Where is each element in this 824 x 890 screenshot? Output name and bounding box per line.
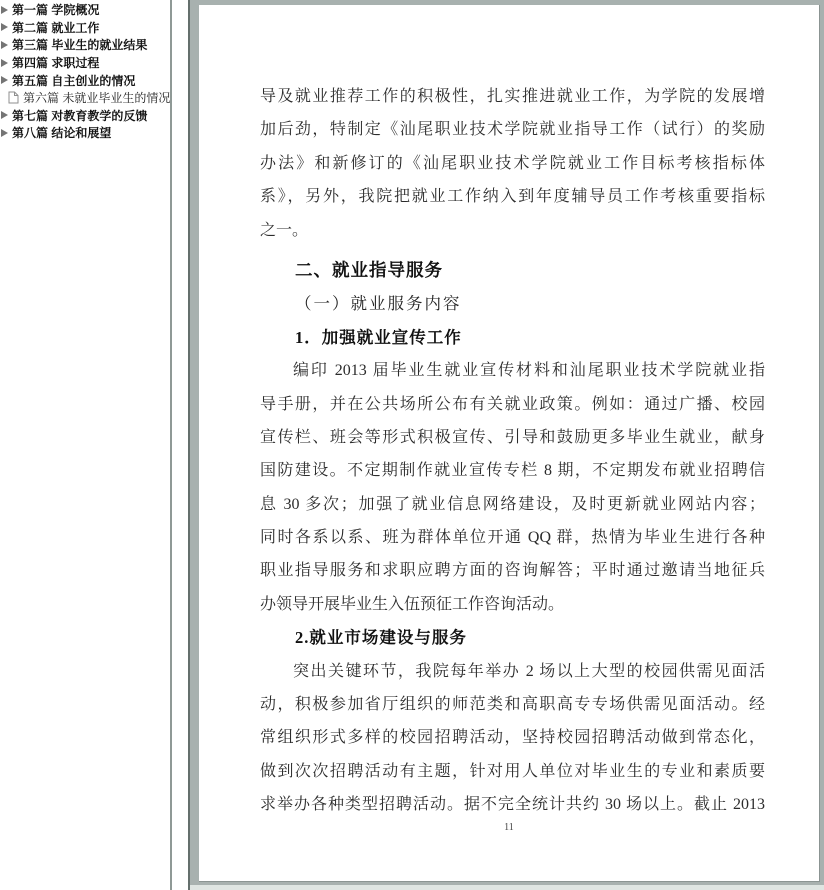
document-text-line: 系》，另外，我院把就业工作纳入到年度辅导员工作考核重要指标 (260, 180, 765, 213)
sidebar-bookmark-label: 第六篇 未就业毕业生的情况 (23, 89, 170, 106)
document-page[interactable]: 导及就业推荐工作的积极性，扎实推进就业工作，为学院的发展增加后劲，特制定《汕尾职… (199, 5, 820, 882)
document-text-line: 国防建设。不定期制作就业宣传专栏 8 期，不定期发布就业招聘信 (260, 454, 765, 487)
document-text-line: 突出关键环节，我院每年举办 2 场以上大型的校园供需见面活 (260, 655, 765, 688)
sidebar-bookmark-item[interactable]: 第八篇 结论和展望 (0, 124, 170, 142)
sidebar-splitter[interactable] (174, 0, 188, 890)
page-number: 11 (199, 822, 819, 833)
expand-triangle-icon[interactable] (1, 111, 8, 119)
sidebar-bookmark-label: 第七篇 对教育教学的反馈 (12, 107, 147, 124)
sidebar-bookmark-item[interactable]: 第五篇 自主创业的情况 (0, 71, 170, 89)
bookmarks-sidebar: 第一篇 学院概况 第二篇 就业工作 第三篇 毕业生的就业结果 (0, 0, 172, 890)
document-text-line: 导手册，并在公共场所公布有关就业政策。例如：通过广播、校园 (260, 388, 765, 421)
expand-triangle-icon[interactable] (1, 76, 8, 84)
document-text-line: 导及就业推荐工作的积极性，扎实推进就业工作，为学院的发展增 (260, 80, 765, 113)
expand-triangle-icon[interactable] (1, 41, 8, 49)
page-icon (8, 91, 19, 104)
expand-triangle-icon[interactable] (1, 23, 8, 31)
expand-triangle-icon[interactable] (1, 129, 8, 137)
document-pane: 导及就业推荐工作的积极性，扎实推进就业工作，为学院的发展增加后劲，特制定《汕尾职… (188, 0, 824, 890)
sidebar-bookmark-label: 第四篇 求职过程 (12, 54, 99, 71)
sidebar-bookmark-item[interactable]: 第三篇 毕业生的就业结果 (0, 36, 170, 54)
sidebar-bookmark-label: 第五篇 自主创业的情况 (12, 72, 135, 89)
document-text-line: 办法》和新修订的《汕尾职业技术学院就业工作目标考核指标体 (260, 147, 765, 180)
document-text-line: 加后劲，特制定《汕尾职业技术学院就业指导工作（试行）的奖励 (260, 113, 765, 146)
document-text-line: 做到次次招聘活动有主题，针对用人单位对毕业生的专业和素质要 (260, 755, 765, 788)
document-text-line: 职业指导服务和求职应聘方面的咨询解答；平时通过邀请当地征兵 (260, 554, 765, 587)
sidebar-bookmark-label: 第一篇 学院概况 (12, 1, 99, 18)
sidebar-bookmark-item[interactable]: 第一篇 学院概况 (0, 1, 170, 19)
sidebar-bookmark-item[interactable]: 第二篇 就业工作 (0, 19, 170, 37)
expand-triangle-icon[interactable] (1, 6, 8, 14)
document-text-line: 1．加强就业宣传工作 (260, 321, 765, 354)
document-body: 导及就业推荐工作的积极性，扎实推进就业工作，为学院的发展增加后劲，特制定《汕尾职… (260, 80, 765, 822)
document-text-line: （一）就业服务内容 (260, 287, 765, 320)
document-text-line: 息 30 多次；加强了就业信息网络建设，及时更新就业网站内容； (260, 488, 765, 521)
expand-triangle-icon[interactable] (1, 59, 8, 67)
sidebar-bookmark-label: 第三篇 毕业生的就业结果 (12, 36, 147, 53)
document-text-line: 动，积极参加省厅组织的师范类和高职高专专场供需见面活动。经 (260, 688, 765, 721)
sidebar-bookmark-item[interactable]: 第七篇 对教育教学的反馈 (0, 107, 170, 125)
bookmarks-list: 第一篇 学院概况 第二篇 就业工作 第三篇 毕业生的就业结果 (0, 1, 170, 142)
sidebar-bookmark-item[interactable]: 第四篇 求职过程 (0, 54, 170, 72)
document-text-line: 之一。 (260, 214, 765, 247)
document-text-line: 常组织形式多样的校园招聘活动，坚持校园招聘活动做到常态化， (260, 721, 765, 754)
document-text-line: 求举办各种类型招聘活动。据不完全统计共约 30 场以上。截止 2013 (260, 788, 765, 821)
sidebar-bookmark-label: 第二篇 就业工作 (12, 19, 99, 36)
document-text-line: 编印 2013 届毕业生就业宣传材料和汕尾职业技术学院就业指 (260, 354, 765, 387)
document-text-line: 办领导开展毕业生入伍预征工作咨询活动。 (260, 588, 765, 621)
sidebar-bookmark-label: 第八篇 结论和展望 (12, 124, 111, 141)
document-text-line: 同时各系以系、班为群体单位开通 QQ 群，热情为毕业生进行各种 (260, 521, 765, 554)
document-text-line: 宣传栏、班会等形式积极宣传、引导和鼓励更多毕业生就业，献身 (260, 421, 765, 454)
document-text-line: 二、就业指导服务 (260, 254, 765, 287)
sidebar-bookmark-item[interactable]: 第六篇 未就业毕业生的情况 (0, 89, 170, 107)
document-text-line: 2.就业市场建设与服务 (260, 621, 765, 654)
